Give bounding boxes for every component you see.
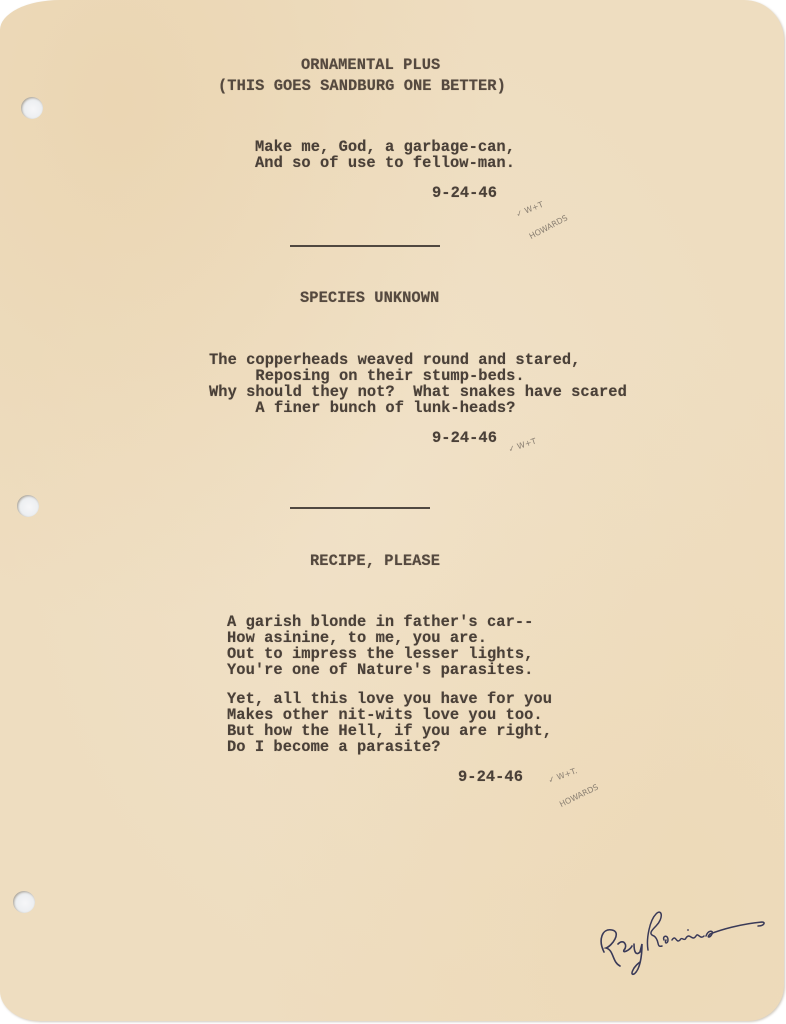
poem-2-annotation-1: ✓ W+T <box>507 437 537 454</box>
poem-2-line: A finer bunch of lunk-heads? <box>209 400 515 416</box>
poem-2-line: Reposing on their stump-beds. <box>209 368 525 384</box>
poem-3-line: Out to impress the lesser lights, <box>227 646 533 662</box>
poem-2-line: The copperheads weaved round and stared, <box>209 352 580 368</box>
poem-1-date: 9-24-46 <box>432 185 497 201</box>
poem-3-line: Makes other nit-wits love you too. <box>227 707 543 723</box>
poem-3-line: Do I become a parasite? <box>227 739 441 755</box>
paper-sheet: ORNAMENTAL PLUS (THIS GOES SANDBURG ONE … <box>0 0 784 1021</box>
poem-2-title: SPECIES UNKNOWN <box>300 290 439 306</box>
poem-1-line: And so of use to fellow-man. <box>255 155 515 171</box>
poem-1-line: Make me, God, a garbage-can, <box>255 139 515 155</box>
poem-3-line: You're one of Nature's parasites. <box>227 662 533 678</box>
poem-3-annotation-2: HOWARDS <box>558 782 600 809</box>
poem-1-title: ORNAMENTAL PLUS <box>301 57 440 73</box>
poem-1-annotation-1: ✓ W+T <box>515 200 545 219</box>
poem-3-line: Yet, all this love you have for you <box>227 691 552 707</box>
poem-1-annotation-2: HOWARDS <box>528 213 569 241</box>
poem-2-date: 9-24-46 <box>432 430 497 446</box>
signature <box>590 900 770 980</box>
punch-hole-bottom <box>13 891 35 913</box>
poem-2-line: Why should they not? What snakes have sc… <box>209 384 627 400</box>
section-divider <box>290 245 440 247</box>
poem-3-date: 9-24-46 <box>458 769 523 785</box>
poem-1-subtitle: (THIS GOES SANDBURG ONE BETTER) <box>218 78 506 94</box>
section-divider <box>290 507 430 509</box>
poem-3-annotation-1: ✓ W+T. <box>547 766 579 785</box>
poem-3-line: A garish blonde in father's car-- <box>227 614 533 630</box>
punch-hole-middle <box>17 495 39 517</box>
poem-3-line: How asinine, to me, you are. <box>227 630 487 646</box>
punch-hole-top <box>21 97 43 119</box>
poem-3-line: But how the Hell, if you are right, <box>227 723 552 739</box>
poem-3-title: RECIPE, PLEASE <box>310 553 440 569</box>
